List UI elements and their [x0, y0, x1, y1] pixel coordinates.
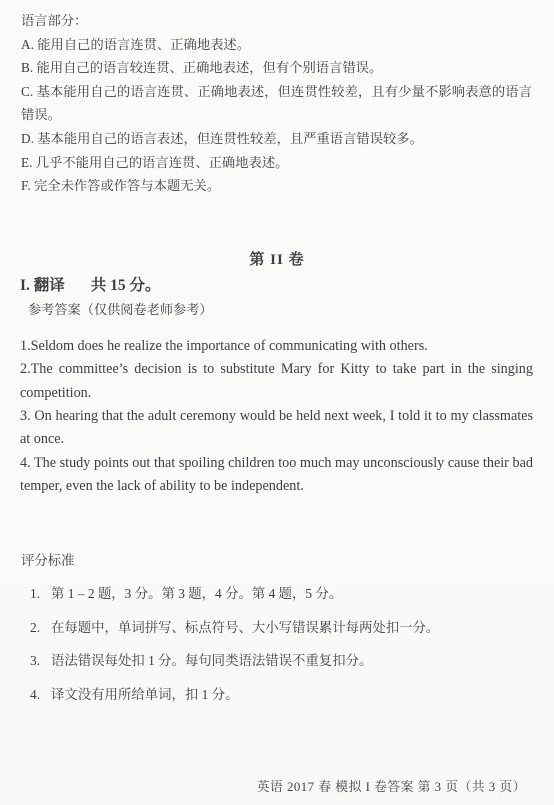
scoring-item-2: 2.在每题中，单词拼写、标点符号、大小写错误累计每两处扣一分。 [30, 616, 532, 640]
item-number: 2. [30, 616, 43, 640]
translation-answers: 1.Seldom does he realize the importance … [20, 335, 533, 499]
rubric-section: 语言部分： A. 能用自己的语言连贯、正确地表述。 B. 能用自己的语言较连贯、… [0, 0, 554, 198]
option-label: A. [21, 37, 34, 52]
scoring-section: 评分标准 1.第 1 – 2 题，3 分。第 3 题，4 分。第 4 题，5 分… [21, 549, 532, 707]
item-text: 第 1 – 2 题，3 分。第 3 题，4 分。第 4 题，5 分。 [51, 586, 342, 601]
answer-line-4: 4. The study points out that spoiling ch… [20, 452, 533, 499]
page-footer: 英语 2017 春 模拟 I 卷答案 第 3 页（共 3 页） [257, 776, 526, 795]
option-text: 基本能用自己的语言连贯、正确地表述，但连贯性较差，且有少量不影响表意的语言错误。 [21, 84, 532, 123]
document-page: 语言部分： A. 能用自己的语言连贯、正确地表述。 B. 能用自己的语言较连贯、… [0, 0, 554, 805]
item-number: 1. [30, 582, 43, 606]
option-label: F. [21, 178, 31, 193]
volume-title: 第 II 卷 [0, 248, 554, 272]
scoring-heading: 评分标准 [21, 549, 532, 573]
rubric-option-f: F. 完全未作答或作答与本题无关。 [21, 174, 532, 198]
translation-section-heading: I. 翻译共 15 分。 [20, 274, 534, 298]
answer-line-2: 2.The committee’s decision is to substit… [20, 358, 533, 405]
answer-line-1: 1.Seldom does he realize the importance … [20, 335, 533, 358]
rubric-option-c: C. 基本能用自己的语言连贯、正确地表述，但连贯性较差，且有少量不影响表意的语言… [21, 80, 532, 127]
rubric-option-b: B. 能用自己的语言较连贯、正确地表述，但有个别语言错误。 [21, 56, 532, 80]
rubric-heading: 语言部分： [21, 9, 532, 33]
option-label: E. [21, 155, 32, 170]
option-text: 完全未作答或作答与本题无关。 [34, 178, 220, 193]
item-text: 在每题中，单词拼写、标点符号、大小写错误累计每两处扣一分。 [51, 620, 439, 635]
reference-note: 参考答案（仅供阅卷老师参考） [28, 299, 532, 321]
scoring-item-4: 4.译文没有用所给单词，扣 1 分。 [30, 683, 532, 707]
section-points: 共 15 分。 [91, 277, 161, 294]
option-text: 能用自己的语言较连贯、正确地表述，但有个别语言错误。 [37, 60, 383, 75]
scoring-item-1: 1.第 1 – 2 题，3 分。第 3 题，4 分。第 4 题，5 分。 [30, 582, 532, 606]
option-label: C. [21, 84, 33, 99]
section-title: I. 翻译 [20, 277, 65, 294]
item-number: 3. [30, 649, 43, 673]
rubric-option-a: A. 能用自己的语言连贯、正确地表述。 [21, 33, 532, 57]
option-label: D. [21, 131, 34, 146]
item-text: 译文没有用所给单词，扣 1 分。 [51, 687, 238, 702]
rubric-option-e: E. 几乎不能用自己的语言连贯、正确地表述。 [21, 151, 532, 175]
answer-line-3: 3. On hearing that the adult ceremony wo… [20, 405, 533, 452]
option-text: 能用自己的语言连贯、正确地表述。 [37, 37, 250, 52]
option-text: 几乎不能用自己的语言连贯、正确地表述。 [36, 155, 289, 170]
option-text: 基本能用自己的语言表述，但连贯性较差，且严重语言错误较多。 [37, 131, 423, 146]
item-text: 语法错误每处扣 1 分。每句同类语法错误不重复扣分。 [51, 653, 372, 668]
rubric-option-d: D. 基本能用自己的语言表述，但连贯性较差，且严重语言错误较多。 [21, 127, 532, 151]
scoring-item-3: 3.语法错误每处扣 1 分。每句同类语法错误不重复扣分。 [30, 649, 532, 673]
item-number: 4. [30, 683, 43, 707]
option-label: B. [21, 60, 33, 75]
